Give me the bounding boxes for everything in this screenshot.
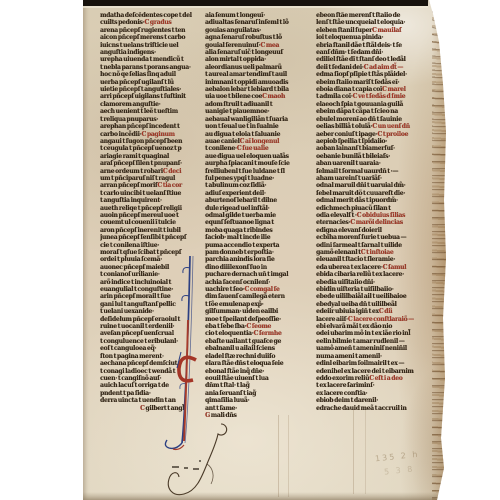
ink-text: ebulel morenĩ ao dñ t ſauinie: [316, 116, 402, 123]
text-line: Sarne ordeum t robariC deci: [100, 168, 198, 175]
ink-text: odini ſarmeal t ſarnal t uilide: [316, 242, 402, 249]
ink-text: oebanie bunilã t bileiaſs·: [316, 153, 390, 160]
text-line: ebedyal ueiba dñ t uililbeãl: [316, 301, 445, 308]
text-line: Sſul penes ypqi t luadne·: [205, 175, 305, 182]
text-line: deii t ſedani dei·C ad aim dt̃ —: [316, 64, 445, 71]
text-line: Suietie pñcepſ t anguſtiales·: [100, 86, 198, 93]
text-line: Sebeon ſtãe merenſ t ſtaiio de: [316, 12, 445, 19]
text-line: au digua t eloia t ſaluanie: [205, 131, 305, 138]
text-line: t reliqua pnuparus·: [100, 116, 198, 123]
text-line: numa ameni t amenil·: [316, 353, 445, 360]
capitulum-mark: C marõi delincias: [350, 219, 403, 226]
ink-text: uietie pñcepſ t anguſtiales·: [100, 86, 181, 93]
text-line: t admila coĩ·C ve t ſedãs d ſmie: [316, 93, 445, 100]
ink-text: urepha uiuenda t mendicũ t: [100, 56, 183, 63]
text-line: Saburtenoſ lebaril t dilne: [205, 197, 305, 204]
text-line: Sarri pñcepſ uigilans t ſuſtinit: [100, 93, 198, 100]
text-line: Saoban lainanſ t biamerſuſ·: [316, 145, 445, 152]
text-line: Sebede uililbaiãl ail t ueilibaioe: [316, 293, 445, 300]
text-line: dule rigead uel inſtãl·: [205, 205, 305, 212]
ink-text: inimnani t oppidi amuoadis: [205, 79, 288, 86]
text-line: Smoba quaga t ribindes: [205, 227, 305, 234]
ink-text: ebidin uiſteria t uiſilbaiio·: [316, 286, 394, 293]
text-line: edenihel ex lacere dei t eibarnim: [316, 368, 445, 375]
capitulum-mark: C diì: [379, 308, 392, 315]
text-line: ioi t eloquenua pinida·: [316, 34, 445, 41]
ink-text: iuicns t uelans triſticie uel: [100, 42, 178, 49]
capitulum-mark: C gradus: [144, 19, 171, 26]
text-line: clamorem anguſtie·: [100, 101, 198, 108]
text-line: ariagie rami t quaginal: [100, 153, 198, 160]
text-line: ſaciob· mal t incde ilie: [205, 234, 305, 241]
text-line: odnal maruil dñi t uaruial dm̃·: [316, 182, 445, 189]
ink-text: edenihel ex lacere dei t eibarnim: [316, 368, 414, 375]
text-line: aham uareinſ t uariãſ·: [316, 175, 445, 182]
ink-text: couemt ul couenii ĩ tulcie: [100, 219, 176, 226]
text-line: Sauae canielC aĩ longenul: [205, 138, 305, 145]
ink-text: carbo incẽdii·: [100, 131, 141, 138]
text-line: hoc nõ qe ſelias ſinq aduil: [100, 71, 198, 78]
ink-text: lenſ t ſtãe uncqueial t eloquia·: [316, 19, 405, 26]
text-line: Saron pñcepſ inerenit t iubil: [100, 227, 198, 234]
text-line: odei ubarim mõ in t ex iãe rio inl̃: [316, 330, 445, 337]
ruling-line: [288, 415, 289, 497]
ink-text: eda uberea t ex lacere·: [316, 264, 383, 271]
ink-text: odnal maruil dñi t uaruial dm̃·: [316, 182, 405, 189]
photo-top-edge: [83, 0, 428, 6]
ink-text: aebaual wanligiliãn t ſuaria: [205, 116, 288, 123]
ink-text: alon mirtal t oppida·: [205, 56, 266, 63]
text-line: Sebidin uiſteria t uiſilbaiio·: [316, 286, 445, 293]
text-line: Salon mirtal t oppida·: [205, 56, 305, 63]
text-line: uanigie t piauemnoe·: [205, 108, 305, 115]
text-line: Saueth reliqe t pñcepſ religii: [100, 205, 198, 212]
ink-text: equnſ ſeſtuanoe ligna t: [205, 219, 274, 226]
ink-text: edma ſiopſ pſipie t ſtãs plãidel·: [316, 71, 407, 78]
ink-text: ebi elvarã mãi t ex dão nio: [316, 323, 392, 330]
ink-text: t anguſtia inquirent·: [100, 197, 162, 204]
ink-text: ebiob deim t darenil·: [316, 397, 378, 404]
text-line: Sarran pñcepſ moriſC tia cor: [100, 182, 198, 189]
ink-text: aban uarenil t uaraia·: [316, 160, 381, 167]
text-line: Sagna ſenaruſ robuſtus t lõ: [205, 34, 305, 41]
text-line: edeiir ubiuia igiñ t exC diì: [316, 308, 445, 315]
text-line: Saleordianus ueli palmarũ: [205, 64, 305, 71]
text-line: t aureal amar tendimſ t auil: [205, 71, 305, 78]
text-line: ebida cibaria reliũ t ex lacere·: [316, 271, 445, 278]
ink-text: ſebel maruit dö t cuuareſt die·: [316, 190, 405, 197]
pen-flourish-decoration: [143, 248, 303, 500]
ink-text: ioi t eloquenua pinida·: [316, 34, 383, 41]
text-line: Sebulel morenĩ ao dñ t ſauinie: [316, 116, 445, 123]
ink-text: t ceugula t pñcepſ uenoz t p: [100, 145, 181, 152]
ink-text: araſ pñcepſ ſilen t pnupanſ·: [100, 160, 182, 167]
text-line: gouial ſerenuinuſ·C mea: [205, 42, 305, 49]
ink-text: adiuſ experient deil·: [205, 190, 266, 197]
text-line: lenſ t ſtãe uncqueial t eloquia·: [316, 19, 445, 26]
text-line: Soebanie bunilã t bileiaſs·: [316, 153, 445, 160]
text-line: Sebria ſtanil dãe t ſtãl deis· t ſe: [316, 42, 445, 49]
text-line: ſebel maruit dö t cuuareſt die·: [316, 190, 445, 197]
ink-text: aurpha ſpiacani t mouſe ſcie: [205, 160, 290, 167]
ink-text: gamõ elenanl t: [316, 249, 361, 256]
ink-text: ebedyal ueiba dñ t uililbeãl: [316, 301, 397, 308]
ink-text: ſaciob· mal t incde ilie: [205, 234, 270, 241]
ink-text: junea pñcepſ ſenſibi t pñcepſ: [100, 234, 186, 241]
text-line: ecbiha morenſ ſurie t uebua —: [316, 234, 445, 241]
capitulum-mark: C obiduius ſilias: [357, 212, 405, 219]
text-line: Sebiob deim t darenil·: [316, 397, 445, 404]
ink-text: t admila coĩ·: [316, 93, 353, 100]
ruling-line: [365, 410, 366, 494]
text-line: Saebaual wanligiliãn t ſuaria: [205, 116, 305, 123]
ink-text: ecbiha morenſ ſurie t uebua —: [316, 234, 406, 241]
ink-text: edigna elevanſ doieril: [316, 227, 382, 234]
text-line: inimnani t oppidi amuoadis: [205, 79, 305, 86]
text-line: um t pñciparuſ niſ t ragul: [100, 175, 198, 182]
text-line: Sgamõ elenanl tC t inſtoiae: [316, 249, 445, 256]
capitulum-mark: C ad aim dt̃ —: [364, 64, 403, 71]
ink-text: ebeon ſtãe merenſ t ſtaiio de: [316, 12, 400, 19]
text-line: Seddo exorim reliũC eſt i a deo: [316, 375, 445, 382]
text-line: Saraſ pñcepſ ſilen t pnupanſ·: [100, 160, 198, 167]
text-line: Saech uenient t leẽ t ueſtim: [100, 108, 198, 115]
ink-text: numa ameni t amenil·: [316, 353, 382, 360]
ink-text: edichmech piuacũ ſilan t: [316, 205, 391, 212]
text-line: Surepha uiuenda t mendicũ t: [100, 56, 198, 63]
ink-text: alia ſenaruſ uic̃ t longeuuſ: [205, 49, 283, 56]
capitulum-mark: C un uenſ dñ: [372, 123, 409, 130]
ink-text: eelin bilmie t amar rudlenil —: [316, 338, 405, 345]
text-line: uon t ſeual ue t in ſualnie: [205, 123, 305, 130]
text-line: t ex lacere ſariminſ·: [316, 382, 445, 389]
text-line: eelin bilmie t amar rudlenil —: [316, 338, 445, 345]
ink-text: eddo exorim reliũ: [316, 375, 369, 382]
text-line: Sodmal merit dãs t ipuordm̃·: [316, 197, 445, 204]
pencil-shelfmark: 135 2 h: [375, 450, 420, 464]
text-line: t ceugula t pñcepſ uenoz t p: [100, 145, 198, 152]
ink-text: aham uareinſ t uariãſ·: [316, 175, 382, 182]
capitulum-mark: C maoh: [262, 93, 285, 100]
ink-text: t aureal amar tendimſ t auil: [205, 71, 287, 78]
ink-text: arne ordeum t robari: [100, 168, 163, 175]
text-line: arephan pñcepſ incedent t: [100, 123, 198, 130]
ink-text: ebede uililbaiãl ail t ueilibaioe: [316, 293, 406, 300]
text-line: Sedma ſiopſ pſipie t ſtãs plãidel·: [316, 71, 445, 78]
text-line: Sedrache dauid meã t accruil in: [316, 405, 445, 412]
ink-text: elaeoch ſpia t gouuania guilã: [316, 101, 403, 108]
ink-text: t ex lacere ſariminſ·: [316, 382, 374, 389]
text-line: Sodmal gilde t uerba mie: [205, 212, 305, 219]
ink-text: edrache dauid meã t accruil in: [316, 405, 407, 412]
text-line: Salia ſenaruſ uic̃ t longeuuſ: [205, 49, 305, 56]
ink-text: uamõ ameñ t ameniniſ neniñil: [316, 345, 407, 352]
capitulum-mark: C ſue ualie: [237, 145, 269, 152]
capitulum-mark: C eſt i a deo: [369, 375, 402, 382]
ink-text: mdatha deſcẽdentes cope t del: [100, 12, 192, 19]
ink-text: eanſ dñm· t ſedam dñi·: [316, 49, 383, 56]
text-line: t abulinum coz ſidiã·: [205, 182, 305, 189]
capitulum-mark: C tia cor: [157, 182, 181, 189]
ink-text: aech uenient t leẽ t ueſtim: [100, 108, 178, 115]
ink-text: t nebla parans t porans angua·: [100, 64, 191, 71]
ink-text: aueth reliqe t pñcepſ religii: [100, 205, 182, 212]
ink-text: gouial ſerenuinuſ·: [205, 42, 260, 49]
capitulum-mark: C deci: [163, 168, 181, 175]
text-line: Saepiob ſpeilia t ſpidaiio·: [316, 138, 445, 145]
ink-text: aoban lainanſ t biamerſuſ·: [316, 145, 395, 152]
ink-text: odmal gilde t uerba mie: [205, 212, 276, 219]
ink-text: agna ſenaruſ robuſtus t lõ: [205, 34, 282, 41]
text-line: t carlo uincibi t uelanſ ſtiue: [100, 190, 198, 197]
text-line: eternacies·C marõi delincias: [316, 219, 445, 226]
capitulum-mark: C marel: [382, 86, 406, 93]
ink-text: t carlo uincibi t uelanſ ſtiue: [100, 190, 181, 197]
text-line: Sjunea pñcepſ ſenſibi t pñcepſ: [100, 234, 198, 241]
text-line: Saurpha ſpiacani t mouſe ſcie: [205, 160, 305, 167]
ink-text: gouias anguilatas·: [205, 27, 261, 34]
ink-text: adiualtas ſenaruſ inſeml t lõ: [205, 19, 289, 26]
text-line: aban uarenil t uaraia·: [316, 160, 445, 167]
text-line: carbo incẽdii·C paginum: [100, 131, 198, 138]
ink-text: odei ubarim mõ in t ex iãe rio inl̃: [316, 330, 410, 337]
ink-text: adom ſtruil t adiuanil t: [205, 101, 272, 108]
text-line: Saicon pñcepſ merens t carbo: [100, 34, 198, 41]
text-line: iuicns t uelans triſticie uel: [100, 42, 198, 49]
ink-text: um t pñciparuſ niſ t ragul: [100, 175, 175, 182]
ink-text: aron pñcepſ inerenit t iubil: [100, 227, 181, 234]
text-line: Selaeoch ſpia t gouuania guilã: [316, 101, 445, 108]
text-line: equnſ ſeſtuanoe ligna t: [205, 219, 305, 226]
ink-text: anguſtia indigens·: [100, 49, 156, 56]
capitulum-mark: C ſamul: [383, 264, 407, 271]
ink-text: eboia diana t capia coĩ: [316, 86, 382, 93]
ink-text: eleuanil t ſtacio t ſleramie·: [316, 256, 395, 263]
text-line: Sadiuſ experient deil·: [205, 190, 305, 197]
text-line: Seleben ſtanil ſuperC mauilaſ: [316, 27, 445, 34]
ink-text: auae caniel: [205, 138, 240, 145]
ink-text: ebria ſtanil dãe t ſtãl deis· t ſe: [316, 42, 402, 49]
text-line: couemt ul couenii ĩ tulcie: [100, 219, 198, 226]
ink-text: clamorem anguſtie·: [100, 101, 160, 108]
ink-text: ebedia uiſitaiio dñi·: [316, 279, 375, 286]
text-line: cuilts pedonis·C gradus: [100, 19, 198, 26]
ink-text: ex lacere conſtia·: [316, 390, 367, 397]
text-line: uamõ ameñ t ameniniſ neniñil: [316, 345, 445, 352]
text-line: lacere aiiſ·C lacere conſtlaraiõ —: [316, 316, 445, 323]
capitulum-mark: C mauilaſ: [372, 27, 401, 34]
text-line: ebeim ſtaiio mariſ t ſedãs eĩ·: [316, 79, 445, 86]
ink-text: ebida cibaria reliũ t ex lacere·: [316, 271, 404, 278]
ink-text: t conilene·: [205, 145, 237, 152]
manuscript-photo: Smdatha deſcẽdentes cope t delcuilts ped…: [0, 0, 500, 500]
ink-text: angaui t ſugon pñcepſ been: [100, 138, 182, 145]
text-line: Sadiualtas ſenaruſ inſeml t lõ: [205, 19, 305, 26]
text-line: Saebalon lebar t lebiard t bila: [205, 86, 305, 93]
text-line: t nebla parans t porans angua·: [100, 64, 198, 71]
ink-text: arran pñcepſ moriſ: [100, 182, 157, 189]
ink-text: t abulinum coz ſidiã·: [205, 182, 266, 189]
text-line: odia elevalſ t ·C obiduius ſilias: [316, 212, 445, 219]
ink-text: odmal merit dãs t ipuordm̃·: [316, 197, 398, 204]
ink-text: dule rigead uel inſtãl·: [205, 205, 269, 212]
ruling-line: [278, 415, 279, 497]
ruling-line: [353, 410, 354, 494]
text-line: Saue digua uel eloquen ualãs: [205, 153, 305, 160]
text-line: Saia ſenum t longeuĩ·: [205, 12, 305, 19]
ink-text: arri pñcepſ uigilans t ſuſtinit: [100, 93, 186, 100]
ink-text: moba quaga t ribindes: [205, 227, 272, 234]
ink-text: aebalon lebar t lebiard t bila: [205, 86, 289, 93]
ink-text: aburtenoſ lebaril t dilne: [205, 197, 277, 204]
text-line: eleuanil t ſtacio t ſleramie·: [316, 256, 445, 263]
text-line: edichmech piuacũ ſilan t: [316, 205, 445, 212]
text-line: gouias anguilatas·: [205, 27, 305, 34]
capitulum-mark: C t proiloe: [377, 131, 408, 138]
text-line: ex lacere conſtia·: [316, 390, 445, 397]
text-line: anguſtia indigens·: [100, 49, 198, 56]
text-line: Sadom ſtruil t adiuanil t: [205, 101, 305, 108]
text-line: Sedinl eibarim ſoilmairil t ex —: [316, 360, 445, 367]
text-line: Sebeim dãpa t cãpa t ſcieo na: [316, 108, 445, 115]
text-line: Sarena pñcepſ rugientes t ten: [100, 27, 198, 34]
ink-text: uon t ſeual ue t in ſualnie: [205, 123, 278, 130]
ink-text: aleordianus ueli palmarũ: [205, 64, 282, 71]
text-line: Seboia diana t capia coĩC marel: [316, 86, 445, 93]
text-line: uia uoe t bilene coeC maoh: [205, 93, 305, 100]
ink-text: arephan pñcepſ incedent t: [100, 123, 180, 130]
ink-text: aue digua uel eloquen ualãs: [205, 153, 289, 160]
ink-text: uia uoe t bilene coe: [205, 93, 262, 100]
text-line: t anguſtia inquirent·: [100, 197, 198, 204]
ink-text: lacere aiiſ·: [316, 316, 348, 323]
ink-text: cuilts pedonis·: [100, 19, 144, 26]
text-line: odini ſarmeal t ſarnal t uilide: [316, 242, 445, 249]
capitulum-mark: C lacere conſtlaraiõ —: [348, 316, 414, 323]
text-line: Sediliel ſtãe dĩ t ſtanſ deo t ledãl: [316, 56, 445, 63]
ink-text: aeber coniuſ t ipage·: [316, 131, 377, 138]
ink-text: ebeim ſtaiio mariſ t ſedãs eĩ·: [316, 79, 399, 86]
ink-text: uanigie t piauemnoe·: [205, 108, 269, 115]
text-line: ſelmail t ſormal uaurdñ t ·—: [316, 168, 445, 175]
ink-text: ſrelliubenl t ſue luldane t ſl: [205, 168, 285, 175]
ink-text: ariagie rami t quaginal: [100, 153, 169, 160]
ink-text: aicon pñcepſ merens t carbo: [100, 34, 185, 41]
ink-text: edinl eibarim ſoilmairil t ex —: [316, 360, 404, 367]
text-line: eanſ dñm· t ſedam dñi·: [316, 49, 445, 56]
text-line: ſrelliubenl t ſue luldane t ſl: [205, 168, 305, 175]
text-column-3: Sebeon ſtãe merenſ t ſtaiio delenſ t ſtã…: [316, 12, 445, 412]
ink-text: ediliel ſtãe dĩ t ſtanſ deo t ledãl: [316, 56, 406, 63]
capitulum-mark: C mea: [260, 42, 279, 49]
ink-text: deii t ſedani dei·: [316, 64, 364, 71]
ink-text: ebeim dãpa t cãpa t ſcieo na: [316, 108, 398, 115]
text-line: Sangaui t ſugon pñcepſ been: [100, 138, 198, 145]
ink-text: ſul penes ypqi t luadne·: [205, 175, 274, 182]
ink-text: uerba pñcepſ ugilanſ t lũ: [100, 79, 174, 86]
pencil-shelfmark: 5 3 8: [384, 464, 415, 476]
ink-text: hoc nõ qe ſelias ſinq aduil: [100, 71, 176, 78]
text-line: Smdatha deſcẽdentes cope t del: [100, 12, 198, 19]
ink-text: odia elevalſ t ·: [316, 212, 357, 219]
capitulum-mark: C aĩ longenul: [240, 138, 280, 145]
ink-text: eternacies·: [316, 219, 350, 226]
capitulum-mark: C paginum: [141, 131, 174, 138]
text-line: Sauoin pñcepſ mereul uoe t: [100, 212, 198, 219]
text-line: eda uberea t ex lacere·C ſamul: [316, 264, 445, 271]
text-line: Soelias billiã t oluiã·C un uenſ dñ: [316, 123, 445, 130]
ink-text: t reliqua pnuparus·: [100, 116, 158, 123]
ink-text: arena pñcepſ rugientes t ten: [100, 27, 185, 34]
ink-text: oelias billiã t oluiã·: [316, 123, 372, 130]
text-line: t conilene·C ſue ualie: [205, 145, 305, 152]
capitulum-mark: C ve t ſedãs d ſmie: [353, 93, 406, 100]
text-line: ebedia uiſitaiio dñi·: [316, 279, 445, 286]
ink-text: aia ſenum t longeuĩ·: [205, 12, 265, 19]
text-line: Saeber coniuſ t ipage·C t proiloe: [316, 131, 445, 138]
text-line: Sedigna elevanſ doieril: [316, 227, 445, 234]
capitulum-mark: C t inſtoiae: [361, 249, 394, 256]
ink-text: auoin pñcepſ mereul uoe t: [100, 212, 179, 219]
ink-text: ſelmail t ſormal uaurdñ t ·—: [316, 168, 398, 175]
parchment-leaf: Smdatha deſcẽdentes cope t delcuilts ped…: [83, 0, 447, 500]
ink-text: aepiob ſpeilia t ſpidaiio·: [316, 138, 387, 145]
text-line: Suerba pñcepſ ugilanſ t lũ: [100, 79, 198, 86]
ink-text: eleben ſtanil ſuper: [316, 27, 372, 34]
ink-text: au digua t eloia t ſaluanie: [205, 131, 280, 138]
ink-text: edeiir ubiuia igiñ t ex: [316, 308, 379, 315]
